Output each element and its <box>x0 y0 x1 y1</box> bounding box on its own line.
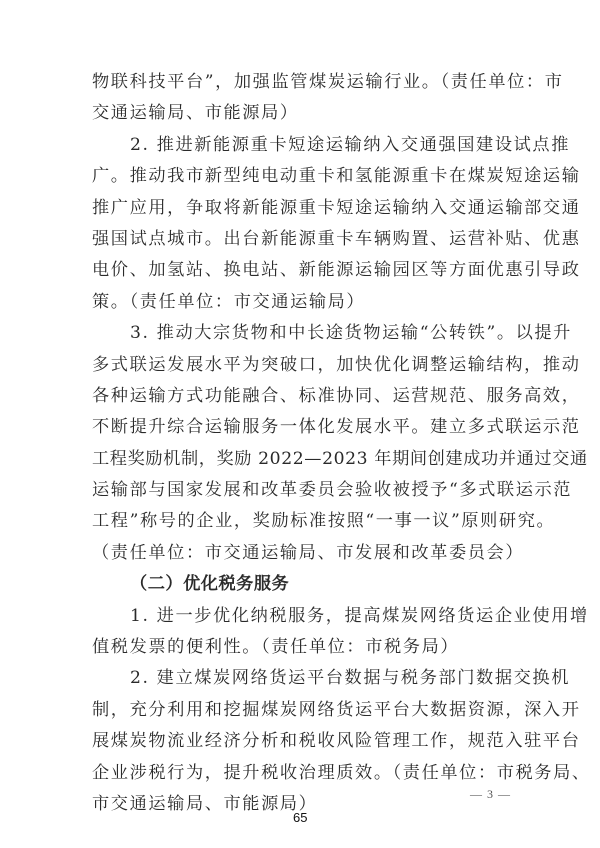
text-line: 物联科技平台”，加强监管煤炭运输行业。（责任单位：市 <box>92 67 510 98</box>
text-line: 值税发票的便利性。（责任单位：市税务局） <box>92 632 510 663</box>
item-3-heading-line: 3. 推动大宗货物和中长途货物运输“公转铁”。以提升 <box>92 318 510 349</box>
text-line: 广。推动我市新型纯电动重卡和氢能源重卡在煤炭短途运输 <box>92 161 510 192</box>
inner-page-number: — 3 — <box>470 787 511 802</box>
document-page: 物联科技平台”，加强监管煤炭运输行业。（责任单位：市 交通运输局、市能源局） 2… <box>0 0 600 848</box>
text-line: 强国试点城市。出台新能源重卡车辆购置、运营补贴、优惠 <box>92 224 510 255</box>
text-line: （责任单位：市交通运输局、市发展和改革委员会） <box>92 538 510 569</box>
text-line: 交通运输局、市能源局） <box>92 98 510 129</box>
text-line: 电价、加氢站、换电站、新能源运输园区等方面优惠引导政 <box>92 255 510 286</box>
text-line: 运输部与国家发展和改革委员会验收被授予“多式联运示范 <box>92 475 510 506</box>
document-body: 物联科技平台”，加强监管煤炭运输行业。（责任单位：市 交通运输局、市能源局） 2… <box>92 67 510 820</box>
text-line: 多式联运发展水平为突破口，加快优化调整运输结构，推动 <box>92 350 510 381</box>
item-2-heading-line: 2. 建立煤炭网络货运平台数据与税务部门数据交换机 <box>92 663 510 694</box>
text-line: 策。（责任单位：市交通运输局） <box>92 287 510 318</box>
item-2-heading-line: 2. 推进新能源重卡短途运输纳入交通强国建设试点推 <box>92 130 510 161</box>
text-line: 不断提升综合运输服务一体化发展水平。建立多式联运示范 <box>92 412 510 443</box>
text-line: 展煤炭物流业经济分析和税收风险管理工作，规范入驻平台 <box>92 726 510 757</box>
text-line: 工程”称号的企业，奖励标准按照“一事一议”原则研究。 <box>92 506 510 537</box>
item-1-heading-line: 1. 进一步优化纳税服务，提高煤炭网络货运企业使用增 <box>92 601 510 632</box>
text-line: 推广应用，争取将新能源重卡短途运输纳入交通运输部交通 <box>92 193 510 224</box>
section-heading: （二）优化税务服务 <box>92 569 510 600</box>
text-line: 企业涉税行为，提升税收治理质效。（责任单位：市税务局、 <box>92 758 510 789</box>
outer-page-number: 65 <box>293 810 307 825</box>
text-line: 工程奖励机制，奖励 2022—2023 年期间创建成功并通过交通 <box>92 444 510 475</box>
text-line: 各种运输方式功能融合、标准协同、运营规范、服务高效， <box>92 381 510 412</box>
text-line: 制，充分利用和挖掘煤炭网络货运平台大数据资源，深入开 <box>92 695 510 726</box>
